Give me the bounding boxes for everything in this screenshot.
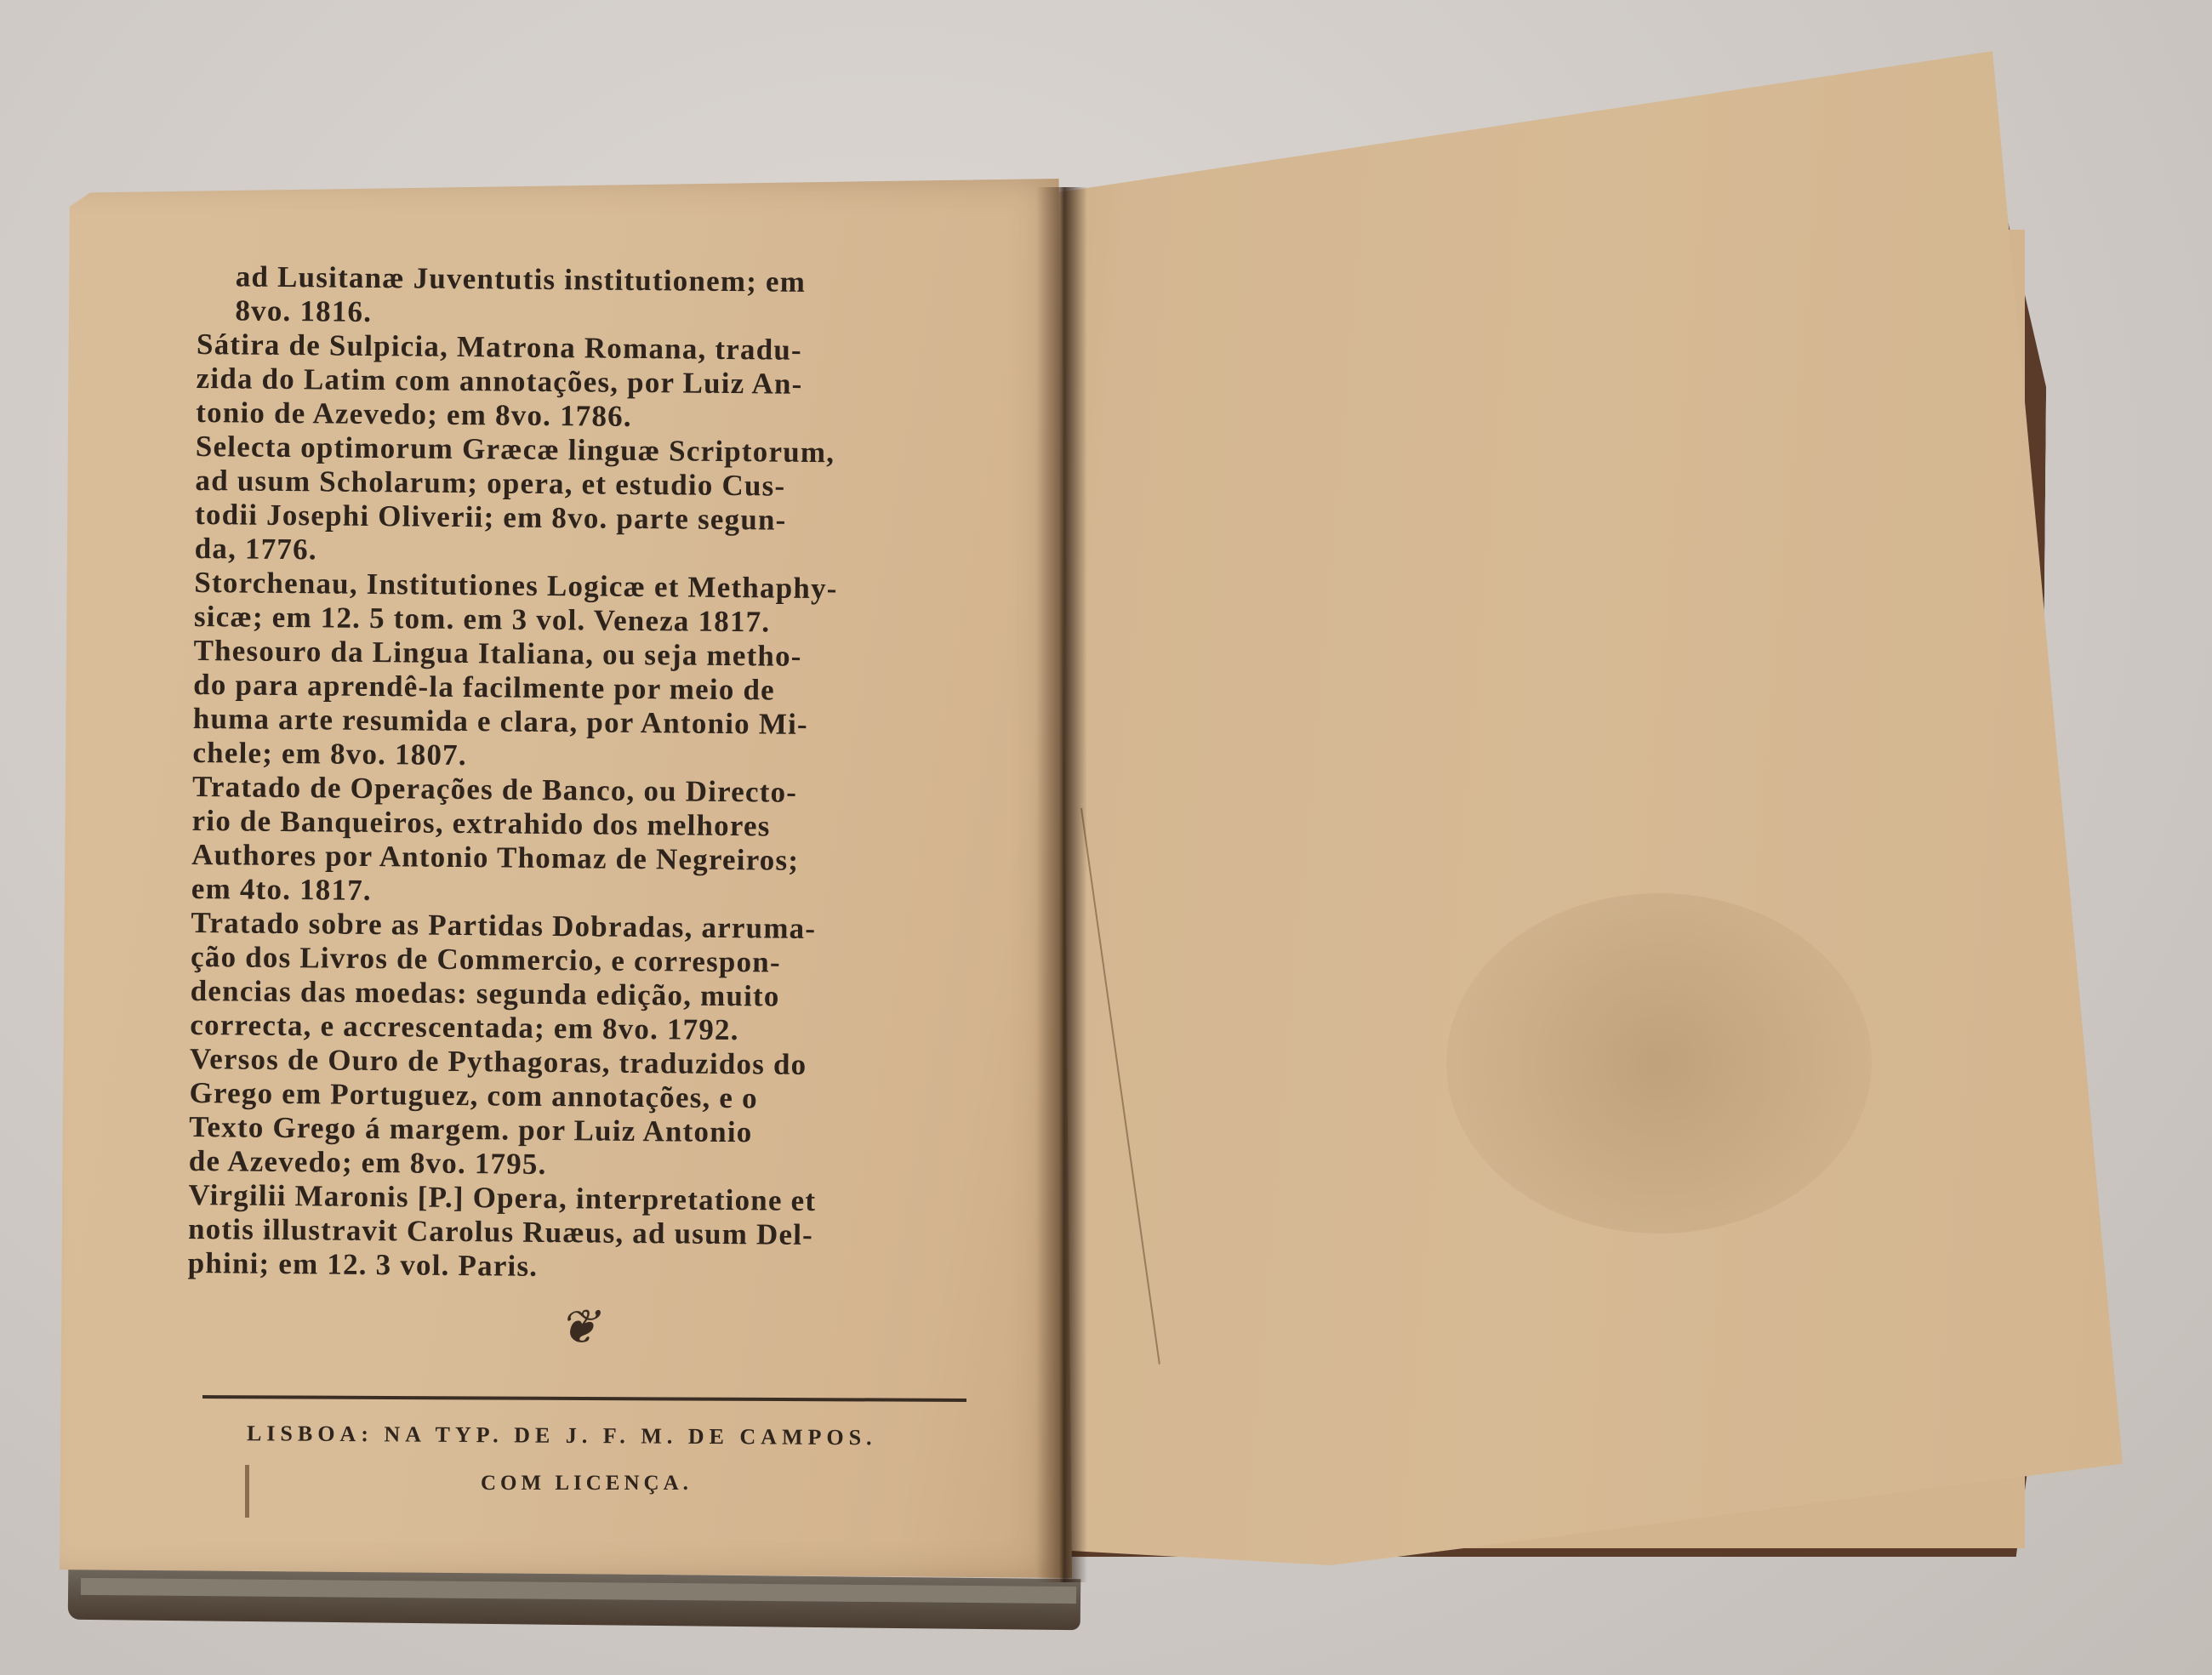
printer-imprint: LISBOA: NA TYP. DE J. F. M. DE CAMPOS. (247, 1421, 927, 1451)
photo-scene: ad Lusitanæ Juventutis institutionem; em… (0, 0, 2212, 1675)
catalogue-entry: Virgilii Maronis [P.] Opera, interpretat… (187, 1178, 954, 1288)
licence-line: COM LICENÇA. (481, 1472, 693, 1496)
paper-stain (1446, 893, 1872, 1233)
catalogue-entry: Selecta optimorum Græcæ linguæ Scriptoru… (195, 430, 961, 573)
catalogue-entry: Versos de Ouro de Pythagoras, traduzidos… (189, 1042, 955, 1186)
catalogue-entry: Sátira de Sulpicia, Matrona Romana, trad… (196, 328, 962, 437)
catalogue-entry: Tratado de Operações de Banco, ou Direct… (191, 770, 958, 914)
catalogue-entry: Storchenau, Institutiones Logicæ et Meth… (194, 566, 961, 641)
entry-line: todii Josephi Oliverii; em 8vo. parte se… (233, 498, 961, 538)
book-gutter (1036, 187, 1087, 1582)
catalogue-entry: ad Lusitanæ Juventutis institutionem; em… (197, 259, 963, 335)
printer-ornament-icon: ❦ (532, 1300, 625, 1364)
margin-mark (245, 1465, 249, 1518)
right-page-blank (991, 51, 2123, 1565)
catalogue-text: ad Lusitanæ Juventutis institutionem; em… (187, 259, 962, 1288)
catalogue-entry: Thesouro da Lingua Italiana, ou seja met… (192, 634, 959, 778)
catalogue-entry: Tratado sobre as Partidas Dobradas, arru… (190, 906, 956, 1050)
entry-line: phini; em 12. 3 vol. Paris. (225, 1246, 953, 1287)
